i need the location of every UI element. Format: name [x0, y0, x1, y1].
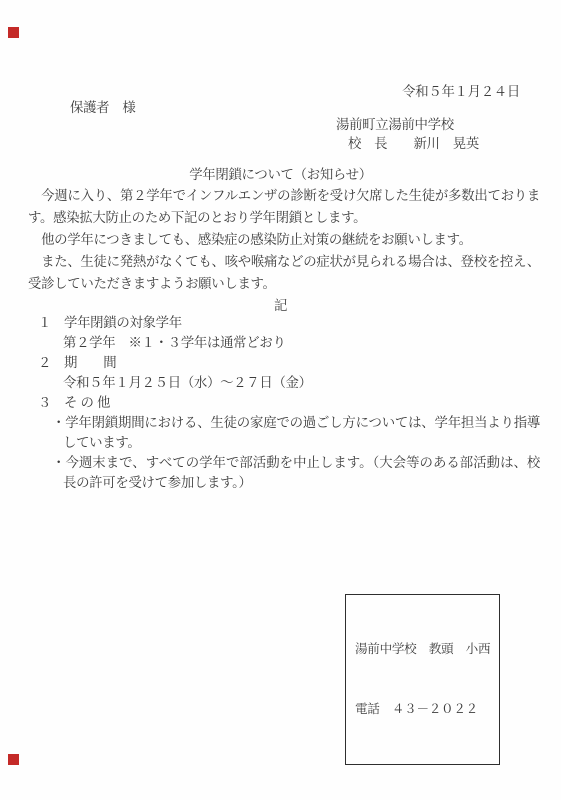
- record-marker: 記: [0, 295, 561, 314]
- item-3-number: ３: [38, 393, 64, 413]
- item-2-head: ２期 間: [28, 353, 540, 373]
- numbered-items: １学年閉鎖の対象学年 第２学年 ※１・３学年は通常どおり ２期 間 令和５年１月…: [28, 313, 540, 493]
- sender-school: 湯前町立湯前中学校: [336, 114, 454, 133]
- bullet-1-text: 学年閉鎖期間における、生徒の家庭での過ごし方については、学年担当より指導していま…: [63, 415, 540, 450]
- item-3-head: ３そ の 他: [28, 393, 540, 413]
- bullet-marker: ・: [52, 415, 65, 430]
- notice-document-page: 令和５年１月２４日 保護者 様 湯前町立湯前中学校 校 長 新川 晃英 学年閉鎖…: [0, 0, 561, 800]
- item-1-content: 第２学年 ※１・３学年は通常どおり: [28, 333, 540, 353]
- document-title: 学年閉鎖について（お知らせ）: [0, 164, 561, 183]
- body-text: 今週に入り、第２学年でインフルエンザの診断を受け欠席した生徒が多数出ております。…: [28, 185, 540, 295]
- item-1-head: １学年閉鎖の対象学年: [28, 313, 540, 333]
- bullet-2-text: 今週末まで、すべての学年で部活動を中止します。（大会等のある部活動は、校長の許可…: [63, 455, 540, 490]
- body-paragraph-1: 今週に入り、第２学年でインフルエンザの診断を受け欠席した生徒が多数出ております。…: [28, 185, 540, 229]
- item-1-number: １: [38, 313, 64, 333]
- body-paragraph-3: また、生徒に発熱がなくても、咳や喉痛などの症状が見られる場合は、登校を控え、受診…: [28, 251, 540, 295]
- item-2-number: ２: [38, 353, 64, 373]
- contact-box-line1: 湯前中学校 教頭 小西: [355, 639, 490, 659]
- body-paragraph-2: 他の学年につきましても、感染症の感染防止対策の継続をお願いします。: [28, 229, 540, 251]
- item-2-content: 令和５年１月２５日（水）～２７日（金）: [28, 373, 540, 393]
- bullet-item-2: ・今週末まで、すべての学年で部活動を中止します。（大会等のある部活動は、校長の許…: [28, 453, 540, 493]
- bullet-item-1: ・学年閉鎖期間における、生徒の家庭での過ごし方については、学年担当より指導してい…: [28, 413, 540, 453]
- contact-box: 湯前中学校 教頭 小西 電話 ４３－２０２２: [345, 594, 500, 765]
- sender-principal: 校 長 新川 晃英: [348, 133, 479, 152]
- red-corner-mark-bottom: [8, 754, 19, 765]
- recipient: 保護者 様: [70, 97, 135, 116]
- bullet-marker: ・: [52, 455, 65, 470]
- item-3-label: そ の 他: [64, 395, 110, 410]
- item-2-label: 期 間: [64, 355, 116, 370]
- red-corner-mark-top: [8, 27, 19, 38]
- document-date: 令和５年１月２４日: [402, 81, 520, 100]
- contact-box-line2: 電話 ４３－２０２２: [355, 699, 490, 719]
- item-1-label: 学年閉鎖の対象学年: [64, 315, 182, 330]
